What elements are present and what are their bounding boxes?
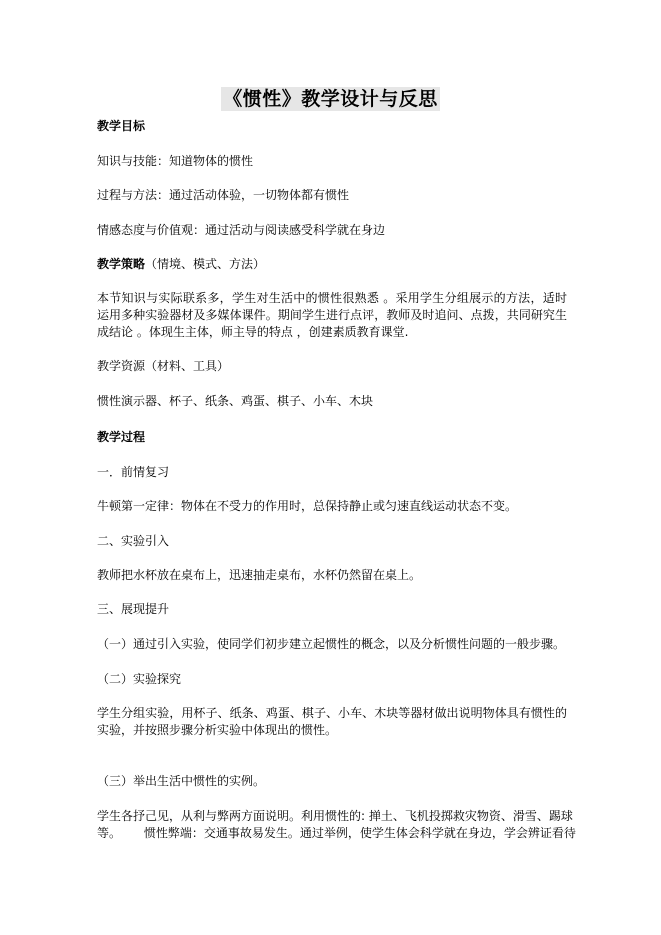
strategy-body: 本节知识与实际联系多，学生对生活中的惯性很熟悉 。采用学生分组展示的方法，适时运… <box>97 290 567 341</box>
step2-body: 教师把水杯放在桌布上，迅速抽走桌布，水杯仍然留在桌上。 <box>97 567 567 584</box>
document-page: 《惯性》教学设计与反思 教学目标 知识与技能：知道物体的惯性 过程与方法：通过活… <box>0 0 661 935</box>
step3-sub2-body: 学生分组实验，用杯子、纸条、鸡蛋、棋子、小车、木块等器材做出说明物体具有惯性的实… <box>97 705 567 739</box>
step1-body: 牛顿第一定律：物体在不受力的作用时，总保持静止或匀速直线运动状态不变。 <box>97 498 567 515</box>
strategy-heading-bold: 教学策略 <box>97 257 145 271</box>
objective-knowledge: 知识与技能：知道物体的惯性 <box>97 153 567 170</box>
strategy-heading: 教学策略（情境、模式、方法） <box>97 256 567 273</box>
document-title: 《惯性》教学设计与反思 <box>221 87 440 111</box>
strategy-heading-rest: （情境、模式、方法） <box>145 257 265 271</box>
objective-emotion: 情感态度与价值观：通过活动与阅读感受科学就在身边 <box>97 222 567 239</box>
objective-process: 过程与方法：通过活动体验，一切物体都有惯性 <box>97 187 567 204</box>
step1-heading: 一．前情复习 <box>97 464 567 481</box>
process-heading: 教学过程 <box>97 429 567 446</box>
title-container: 《惯性》教学设计与反思 <box>0 87 661 111</box>
step2-heading: 二、实验引入 <box>97 533 567 550</box>
resources-body: 惯性演示器、杯子、纸条、鸡蛋、棋子、小车、木块 <box>97 393 567 410</box>
step3-sub2-heading: （二）实验探究 <box>97 671 567 688</box>
step3-sub1: （一）通过引入实验，使同学们初步建立起惯性的概念，以及分析惯性问题的一般步骤。 <box>97 636 567 653</box>
resources-heading: 教学资源（材料、工具） <box>97 358 567 375</box>
step3-sub3-body-line1: 学生各抒己见，从利与弊两方面说明。利用惯性的: 掸土、飞机投掷救灾物资、滑雪、踢… <box>97 808 567 825</box>
objectives-heading: 教学目标 <box>97 118 567 135</box>
step3-sub3-body-line2: 等。 惯性弊端：交通事故易发生。通过举例，使学生体会科学就在身边，学会辨证看待 <box>97 825 567 842</box>
step3-heading: 三、展现提升 <box>97 601 567 618</box>
step3-sub3-heading: （三）举出生活中惯性的实例。 <box>97 773 567 790</box>
